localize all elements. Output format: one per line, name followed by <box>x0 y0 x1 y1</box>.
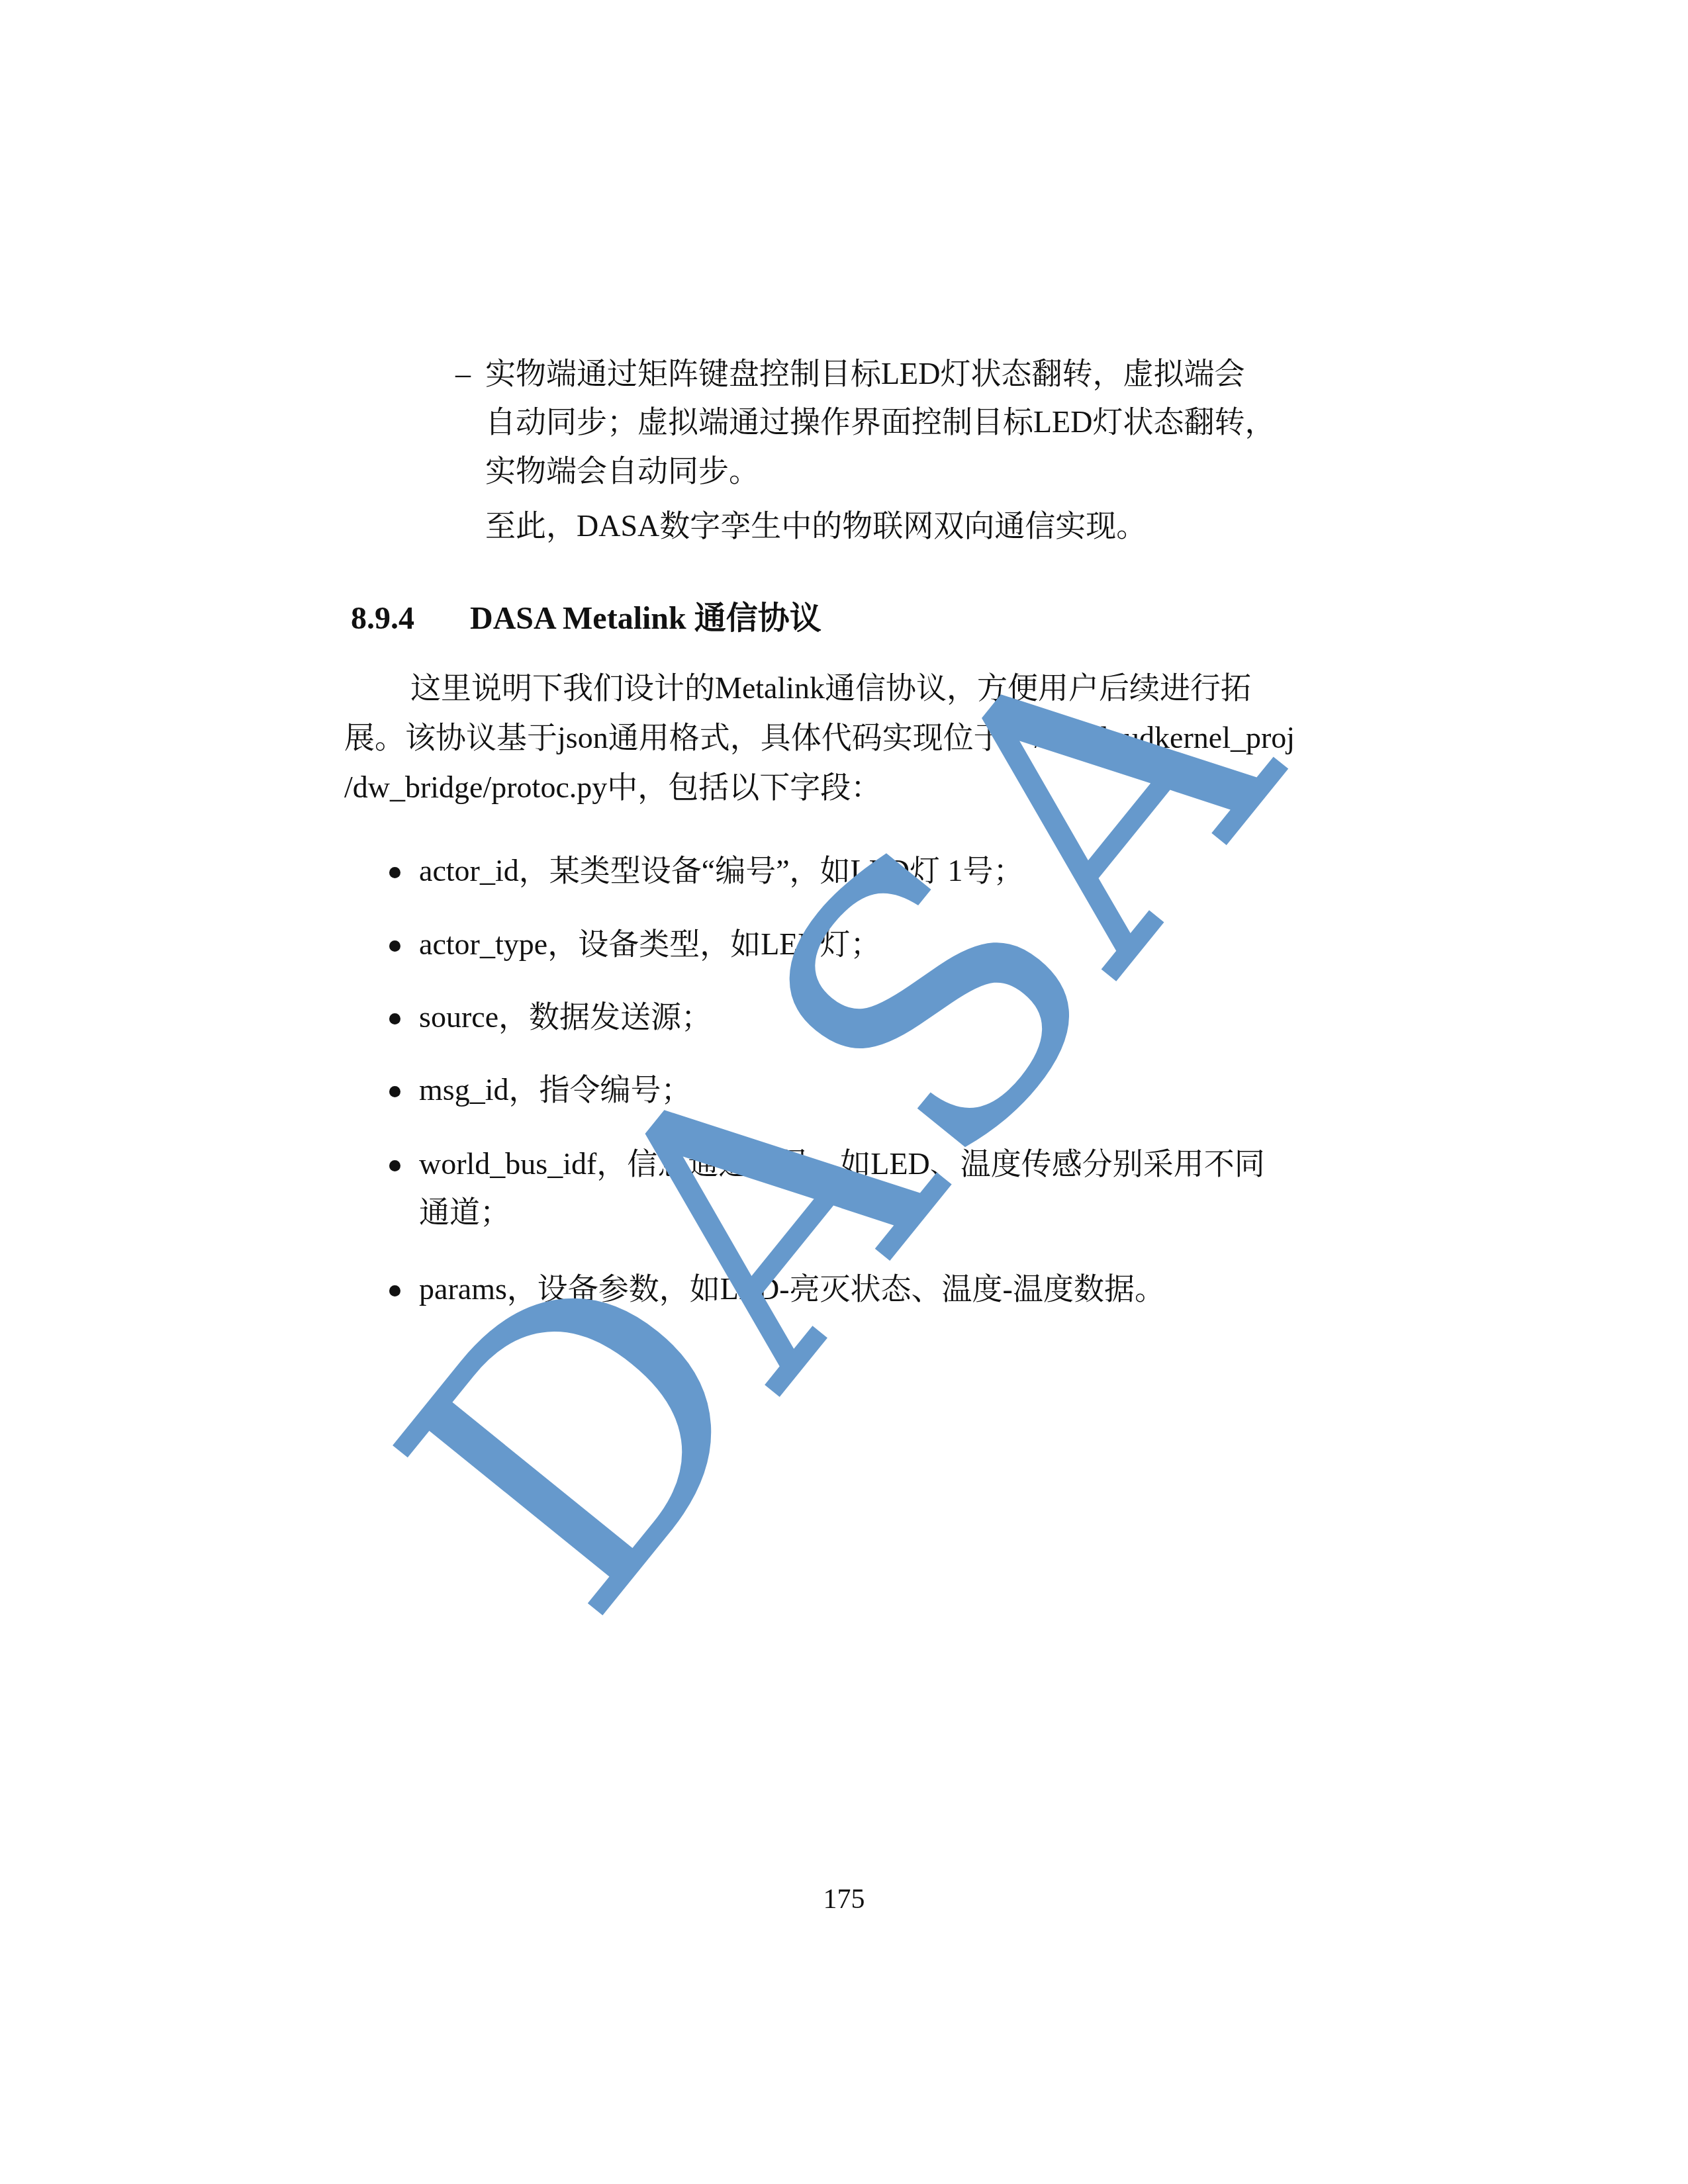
section-heading: 8.9.4DASA Metalink 通信协议 <box>351 599 821 639</box>
list-item-text: actor_type，设备类型，如LED灯； <box>419 925 881 964</box>
list-item-text-continued: 通道； <box>419 1193 510 1232</box>
dash-marker: – <box>455 354 471 394</box>
bullet-icon <box>389 1013 400 1024</box>
section-number: 8.9.4 <box>351 599 470 639</box>
bullet-icon <box>389 1285 400 1297</box>
paragraph-line-1: 这里说明下我们设计的Metalink通信协议，方便用户后续进行拓 <box>410 668 1251 708</box>
bullet-icon <box>389 940 400 952</box>
dash-item-line-1: 实物端通过矩阵键盘控制目标LED灯状态翻转，虚拟端会 <box>485 354 1244 394</box>
page-number: 175 <box>0 1883 1688 1916</box>
dash-item-line-3: 实物端会自动同步。 <box>485 451 759 491</box>
section-title: DASA Metalink 通信协议 <box>470 601 821 636</box>
dash-item-line-2: 自动同步；虚拟端通过操作界面控制目标LED灯状态翻转， <box>485 402 1275 442</box>
conclusion-text: 至此，DASA数字孪生中的物联网双向通信实现。 <box>485 506 1147 546</box>
bullet-icon <box>389 867 400 878</box>
bullet-icon <box>389 1160 400 1171</box>
list-item-text: world_bus_idf，信息通道编号，如LED、温度传感分别采用不同 <box>419 1144 1265 1184</box>
paragraph-line-2: 展。该协议基于json通用格式，具体代码实现位于～/src/cloudkerne… <box>344 718 1295 758</box>
list-item-text: msg_id，指令编号； <box>419 1070 691 1110</box>
list-item-text: params，设备参数，如LED-亮灭状态、温度-温度数据。 <box>419 1269 1165 1309</box>
paragraph-line-3: /dw_bridge/protoc.py中，包括以下字段： <box>344 768 881 807</box>
bullet-icon <box>389 1086 400 1097</box>
list-item-text: source，数据发送源； <box>419 997 712 1037</box>
list-item-text: actor_id，某类型设备“编号”，如LED灯 1号； <box>419 851 1023 891</box>
